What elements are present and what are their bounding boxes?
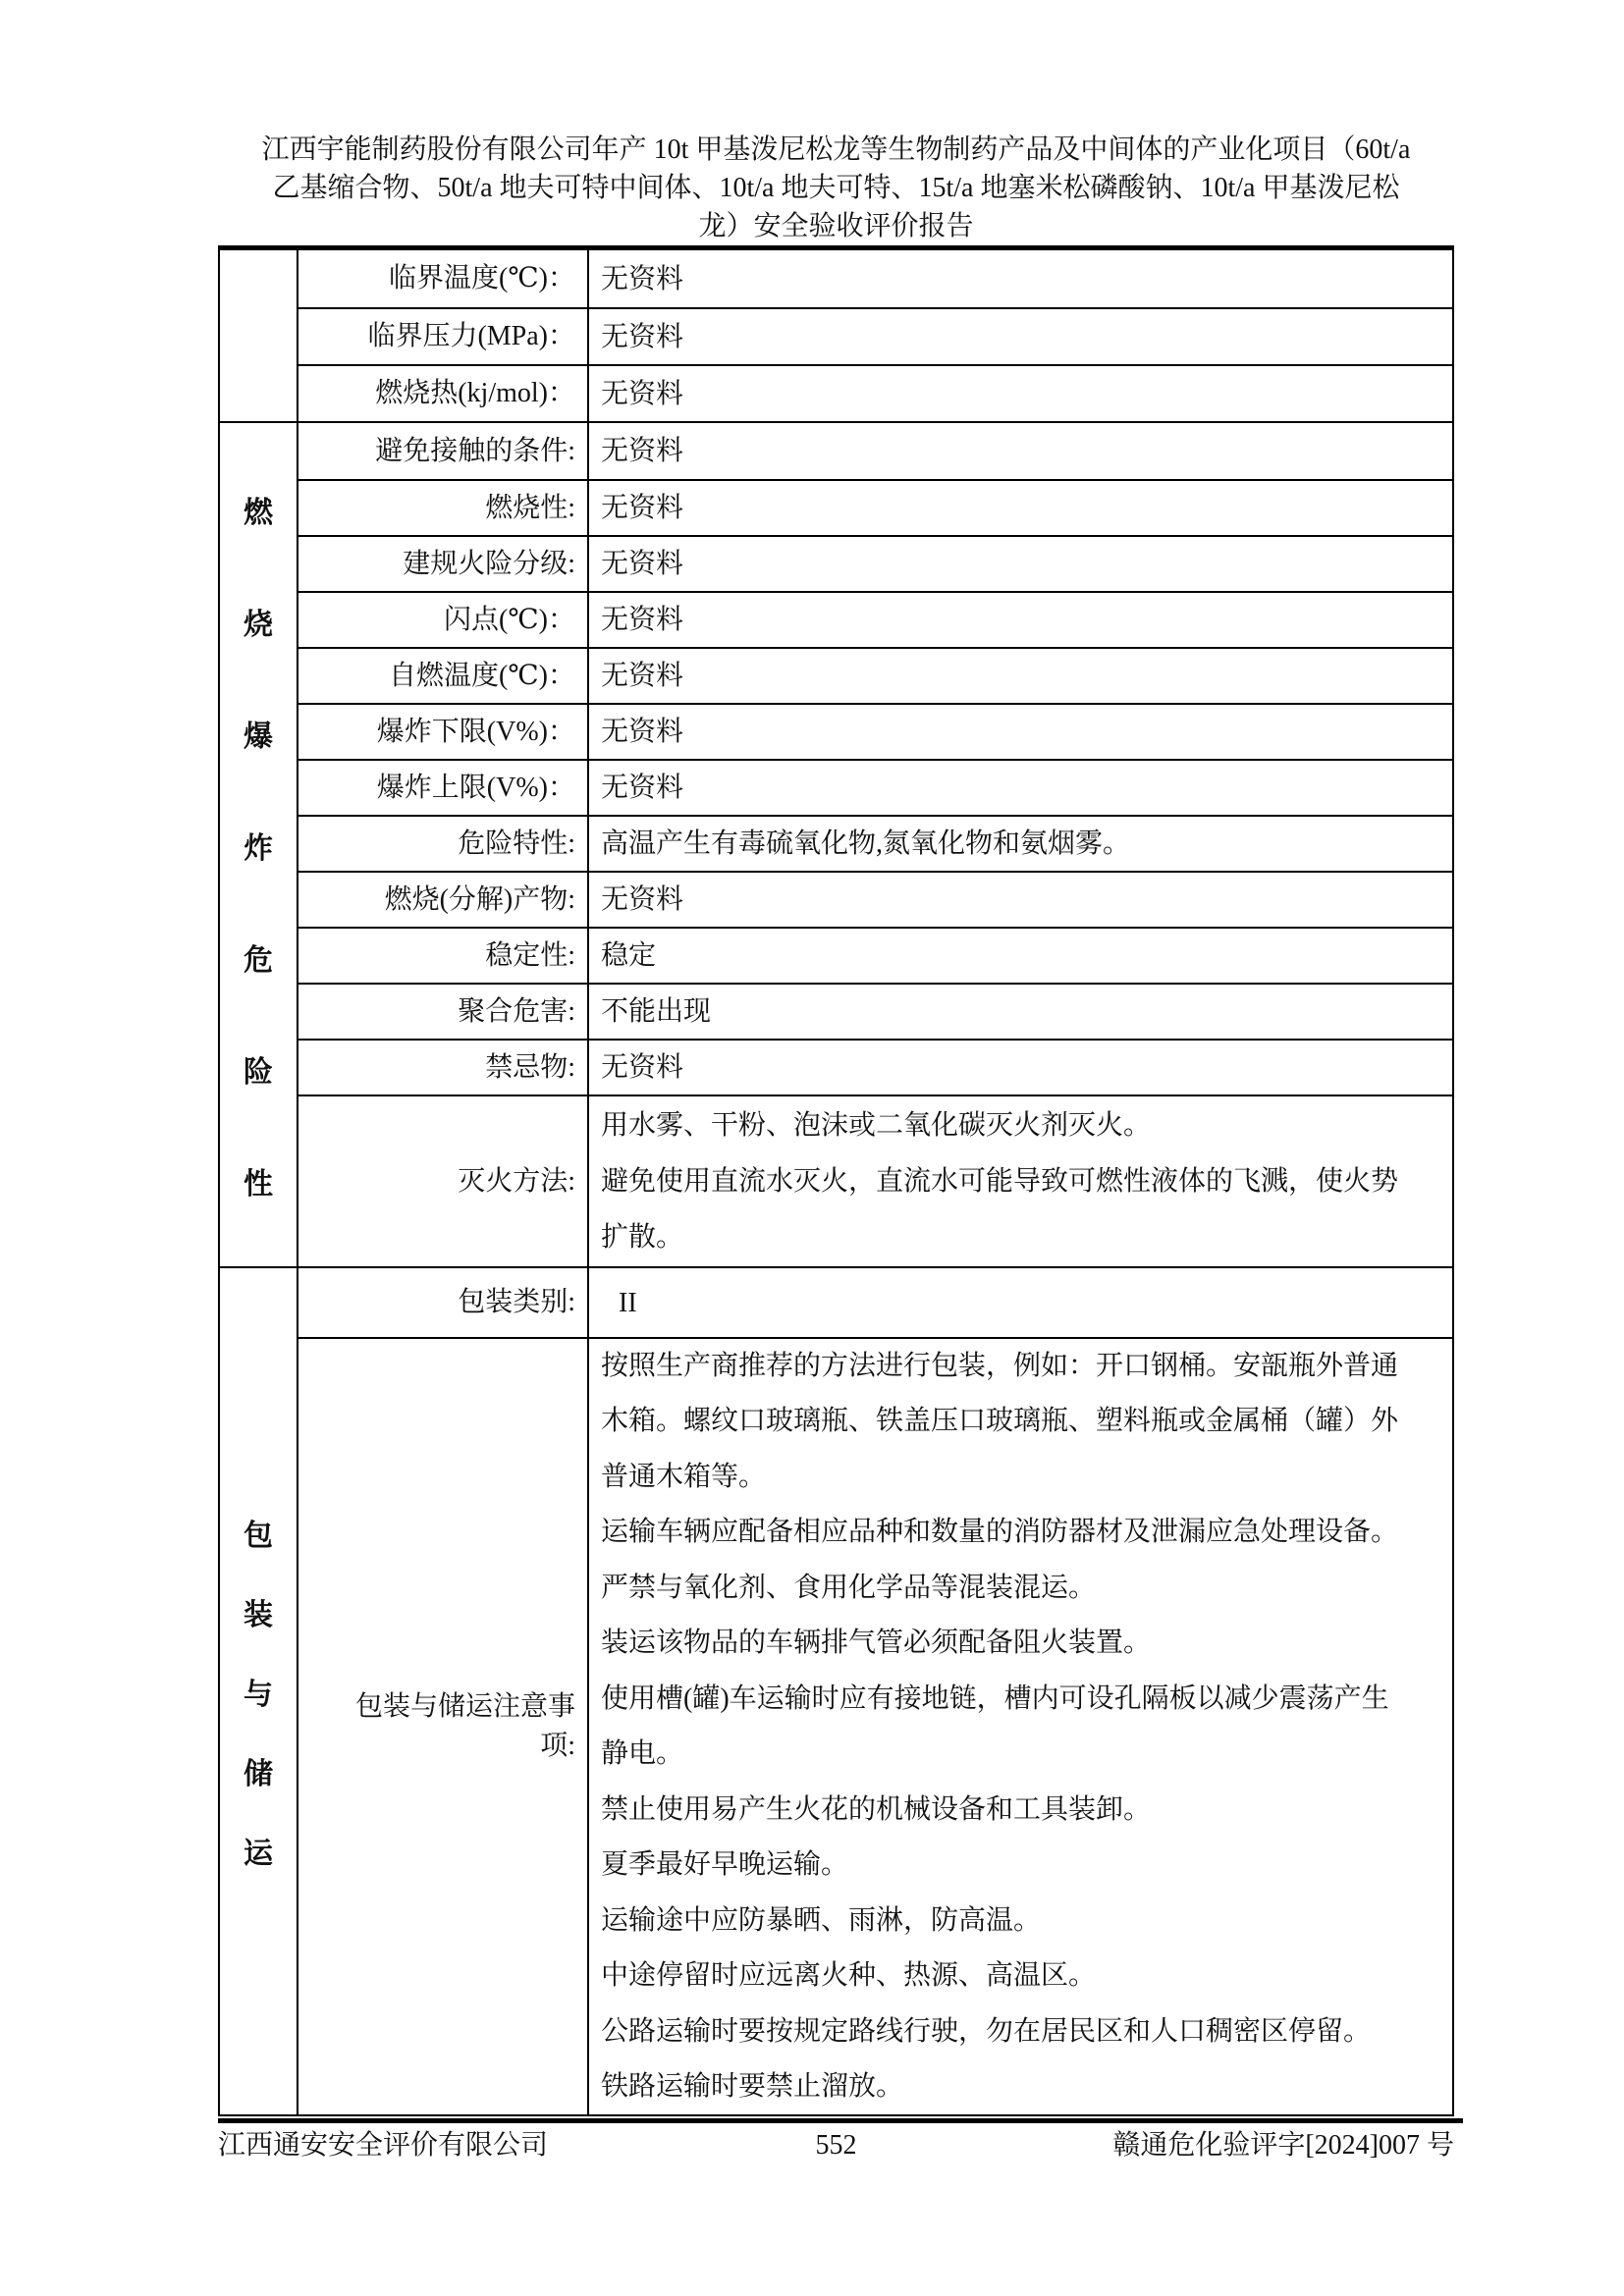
row-value-text: 无资料 [601, 251, 1452, 307]
row-value: 高温产生有毒硫氧化物,氮氧化物和氨烟雾。 [589, 817, 1452, 871]
row-value-text: 装运该物品的车辆排气管必须配备阻火装置。 [601, 1616, 1452, 1672]
row-value-text: II [619, 1275, 1452, 1331]
section-vertical-label-empty [220, 250, 298, 421]
row-value-text: 无资料 [601, 648, 1452, 704]
row-value-text: 运输途中应防暴晒、雨淋，防高温。 [601, 1894, 1452, 1949]
footer-page-number: 552 [816, 2126, 857, 2165]
row-value-text: 使用槽(罐)车运输时应有接地链，槽内可设孔隔板以减少震荡产生 [601, 1672, 1452, 1728]
report-header: 江西宇能制药股份有限公司年产 10t 甲基泼尼松龙等生物制药产品及中间体的产业化… [218, 131, 1454, 245]
row-label-text: 包装类别: [298, 1283, 575, 1322]
row-label-text: 建规火险分级: [298, 545, 575, 584]
row-value: 按照生产商推荐的方法进行包装，例如：开口钢桶。安瓿瓶外普通 木箱。螺纹口玻璃瓶、… [589, 1339, 1452, 2114]
row-value-text: 严禁与氧化剂、食用化学品等混装混运。 [601, 1561, 1452, 1617]
row-label-text: 避免接触的条件: [298, 432, 575, 471]
row-label-text: 包装与储运注意事 [298, 1687, 575, 1727]
row-label-text: 燃烧性: [298, 489, 575, 528]
table-section-packaging-storage-transport: 包 装 与 储 运 包装类别: II 包装与储运注意事 项: 按照生产商推荐 [220, 1266, 1452, 2114]
vertical-label-char: 与 [244, 1670, 273, 1713]
table-row: 爆炸下限(V%)： 无资料 [298, 703, 1452, 759]
row-value-text: 无资料 [601, 872, 1452, 928]
row-label-text: 爆炸下限(V%)： [298, 713, 575, 752]
table-section-physical-continued: 临界温度(℃)： 无资料 临界压力(MPa)： 无资料 燃烧热(kj/mol)：… [220, 250, 1452, 421]
table-row: 自燃温度(℃)： 无资料 [298, 647, 1452, 703]
table-row: 闪点(℃)： 无资料 [298, 591, 1452, 647]
row-value-text: 无资料 [601, 366, 1452, 422]
row-value: 无资料 [589, 649, 1452, 703]
section-vertical-label: 燃 烧 爆 炸 危 险 性 [220, 423, 298, 1266]
row-label: 爆炸上限(V%)： [298, 761, 589, 815]
section-rows: 临界温度(℃)： 无资料 临界压力(MPa)： 无资料 燃烧热(kj/mol)：… [298, 250, 1452, 421]
row-label: 包装与储运注意事 项: [298, 1339, 589, 2114]
table-row: 临界温度(℃)： 无资料 [298, 250, 1452, 307]
row-value: 无资料 [589, 481, 1452, 535]
row-label: 临界压力(MPa)： [298, 309, 589, 364]
table-row: 燃烧热(kj/mol)： 无资料 [298, 364, 1452, 421]
row-value: 无资料 [589, 1041, 1452, 1095]
row-value-text: 静电。 [601, 1727, 1452, 1783]
row-value-text: 公路运输时要按规定路线行驶，勿在居民区和人口稠密区停留。 [601, 2004, 1452, 2060]
section-rows: 避免接触的条件: 无资料 燃烧性: 无资料 建规火险分级: 无资料 闪点(℃)：… [298, 423, 1452, 1266]
row-value-text: 夏季最好早晚运输。 [601, 1838, 1452, 1894]
row-value-text: 稳定 [601, 928, 1452, 984]
table-row-fire-fighting-method: 灭火方法: 用水雾、干粉、泡沫或二氧化碳灭火剂灭火。 避免使用直流水灭火，直流水… [298, 1095, 1452, 1266]
row-label-text: 燃烧(分解)产物: [298, 881, 575, 920]
row-value: 无资料 [589, 873, 1452, 927]
row-value: II [589, 1268, 1452, 1337]
row-label-text: 稳定性: [298, 936, 575, 976]
row-value: 无资料 [589, 423, 1452, 479]
row-value: 无资料 [589, 705, 1452, 759]
footer-divider-rule [218, 2118, 1463, 2123]
row-value: 不能出现 [589, 985, 1452, 1039]
row-label: 燃烧热(kj/mol)： [298, 366, 589, 421]
vertical-label-char: 性 [244, 1159, 273, 1202]
row-value-text: 避免使用直流水灭火，直流水可能导致可燃性液体的飞溅，使火势 [601, 1153, 1452, 1209]
section-rows: 包装类别: II 包装与储运注意事 项: 按照生产商推荐的方法进行包装，例如：开… [298, 1268, 1452, 2114]
row-value-text: 无资料 [601, 1040, 1452, 1095]
table-row-packaging-storage-notes: 包装与储运注意事 项: 按照生产商推荐的方法进行包装，例如：开口钢桶。安瓿瓶外普… [298, 1337, 1452, 2114]
row-label: 临界温度(℃)： [298, 250, 589, 307]
row-label-text: 禁忌物: [298, 1048, 575, 1088]
row-label: 灭火方法: [298, 1096, 589, 1266]
row-value-text: 无资料 [601, 592, 1452, 648]
row-value-text: 用水雾、干粉、泡沫或二氧化碳灭火剂灭火。 [601, 1097, 1452, 1153]
table-row: 临界压力(MPa)： 无资料 [298, 307, 1452, 364]
row-value: 无资料 [589, 309, 1452, 364]
table-row: 稳定性: 稳定 [298, 927, 1452, 983]
table-row: 避免接触的条件: 无资料 [298, 423, 1452, 479]
table-row-packing-group: 包装类别: II [298, 1268, 1452, 1337]
vertical-label-char: 危 [244, 935, 273, 979]
vertical-label-char: 险 [244, 1047, 273, 1091]
row-label-text: 危险特性: [298, 825, 575, 864]
row-label: 禁忌物: [298, 1041, 589, 1095]
row-label: 建规火险分级: [298, 537, 589, 591]
row-value-text: 运输车辆应配备相应品种和数量的消防器材及泄漏应急处理设备。 [601, 1505, 1452, 1561]
row-label-text: 临界温度(℃)： [298, 259, 575, 298]
row-value-text: 扩散。 [601, 1209, 1452, 1265]
row-value-text: 无资料 [601, 760, 1452, 816]
row-label: 避免接触的条件: [298, 423, 589, 479]
vertical-label-char: 储 [244, 1749, 273, 1792]
row-label-text: 项: [298, 1727, 575, 1766]
footer-doc-number: 赣通危化验评字[2024]007 号 [857, 2126, 1455, 2165]
vertical-label-char: 爆 [244, 712, 273, 755]
row-value: 无资料 [589, 593, 1452, 647]
row-value-text: 普通木箱等。 [601, 1450, 1452, 1506]
row-label: 自燃温度(℃)： [298, 649, 589, 703]
row-value-text: 无资料 [601, 423, 1452, 479]
row-label: 燃烧(分解)产物: [298, 873, 589, 927]
report-page: 江西宇能制药股份有限公司年产 10t 甲基泼尼松龙等生物制药产品及中间体的产业化… [0, 0, 1624, 2296]
table-row: 爆炸上限(V%)： 无资料 [298, 759, 1452, 815]
vertical-label-char: 运 [244, 1829, 273, 1872]
table-section-fire-explosion-hazard: 燃 烧 爆 炸 危 险 性 避免接触的条件: 无资料 燃烧性: 无资料 建规火险… [220, 421, 1452, 1266]
row-label-text: 自燃温度(℃)： [298, 657, 575, 696]
row-value: 无资料 [589, 250, 1452, 307]
page-footer: 江西通安安全评价有限公司 552 赣通危化验评字[2024]007 号 [218, 2126, 1454, 2165]
row-label-text: 临界压力(MPa)： [298, 317, 575, 356]
row-value-text: 无资料 [601, 704, 1452, 760]
row-label: 包装类别: [298, 1268, 589, 1337]
row-value: 无资料 [589, 761, 1452, 815]
table-row: 建规火险分级: 无资料 [298, 535, 1452, 591]
row-label-text: 爆炸上限(V%)： [298, 769, 575, 808]
row-label: 燃烧性: [298, 481, 589, 535]
vertical-label-char: 炸 [244, 824, 273, 867]
row-label-text: 闪点(℃)： [298, 601, 575, 640]
report-title-line: 龙）安全验收评价报告 [218, 207, 1454, 245]
row-label-text: 聚合危害: [298, 992, 575, 1032]
table-row: 燃烧性: 无资料 [298, 479, 1452, 535]
footer-company-name: 江西通安安全评价有限公司 [218, 2126, 816, 2165]
row-label: 危险特性: [298, 817, 589, 871]
row-label-text: 燃烧热(kj/mol)： [298, 374, 575, 413]
vertical-label-char: 包 [244, 1511, 273, 1554]
row-label: 闪点(℃)： [298, 593, 589, 647]
report-title-line: 乙基缩合物、50t/a 地夫可特中间体、10t/a 地夫可特、15t/a 地塞米… [218, 169, 1454, 207]
row-value: 用水雾、干粉、泡沫或二氧化碳灭火剂灭火。 避免使用直流水灭火，直流水可能导致可燃… [589, 1096, 1452, 1266]
row-value-text: 无资料 [601, 480, 1452, 536]
row-value-text: 无资料 [601, 309, 1452, 365]
row-value: 稳定 [589, 929, 1452, 983]
row-value-text: 无资料 [601, 536, 1452, 592]
vertical-label-char: 燃 [244, 488, 273, 531]
table-row: 禁忌物: 无资料 [298, 1039, 1452, 1095]
row-value: 无资料 [589, 537, 1452, 591]
row-value: 无资料 [589, 366, 1452, 421]
row-label: 爆炸下限(V%)： [298, 705, 589, 759]
row-label-text: 灭火方法: [298, 1162, 575, 1201]
vertical-label-char: 烧 [244, 600, 273, 643]
row-label: 聚合危害: [298, 985, 589, 1039]
report-title-line: 江西宇能制药股份有限公司年产 10t 甲基泼尼松龙等生物制药产品及中间体的产业化… [218, 131, 1454, 169]
row-value-text: 中途停留时应远离火种、热源、高温区。 [601, 1949, 1452, 2004]
table-row: 燃烧(分解)产物: 无资料 [298, 871, 1452, 927]
row-value-text: 木箱。螺纹口玻璃瓶、铁盖压口玻璃瓶、塑料瓶或金属桶（罐）外 [601, 1394, 1452, 1450]
row-value-text: 禁止使用易产生火花的机械设备和工具装卸。 [601, 1783, 1452, 1839]
row-value-text: 不能出现 [601, 984, 1452, 1040]
msds-properties-table: 临界温度(℃)： 无资料 临界压力(MPa)： 无资料 燃烧热(kj/mol)：… [218, 245, 1454, 2116]
row-value-text: 高温产生有毒硫氧化物,氮氧化物和氨烟雾。 [601, 816, 1452, 872]
section-vertical-label: 包 装 与 储 运 [220, 1268, 298, 2114]
table-row: 聚合危害: 不能出现 [298, 983, 1452, 1039]
vertical-label-char: 装 [244, 1590, 273, 1633]
table-row: 危险特性: 高温产生有毒硫氧化物,氮氧化物和氨烟雾。 [298, 815, 1452, 871]
row-value-text: 铁路运输时要禁止溜放。 [601, 2059, 1452, 2115]
row-label: 稳定性: [298, 929, 589, 983]
row-value-text: 按照生产商推荐的方法进行包装，例如：开口钢桶。安瓿瓶外普通 [601, 1339, 1452, 1395]
